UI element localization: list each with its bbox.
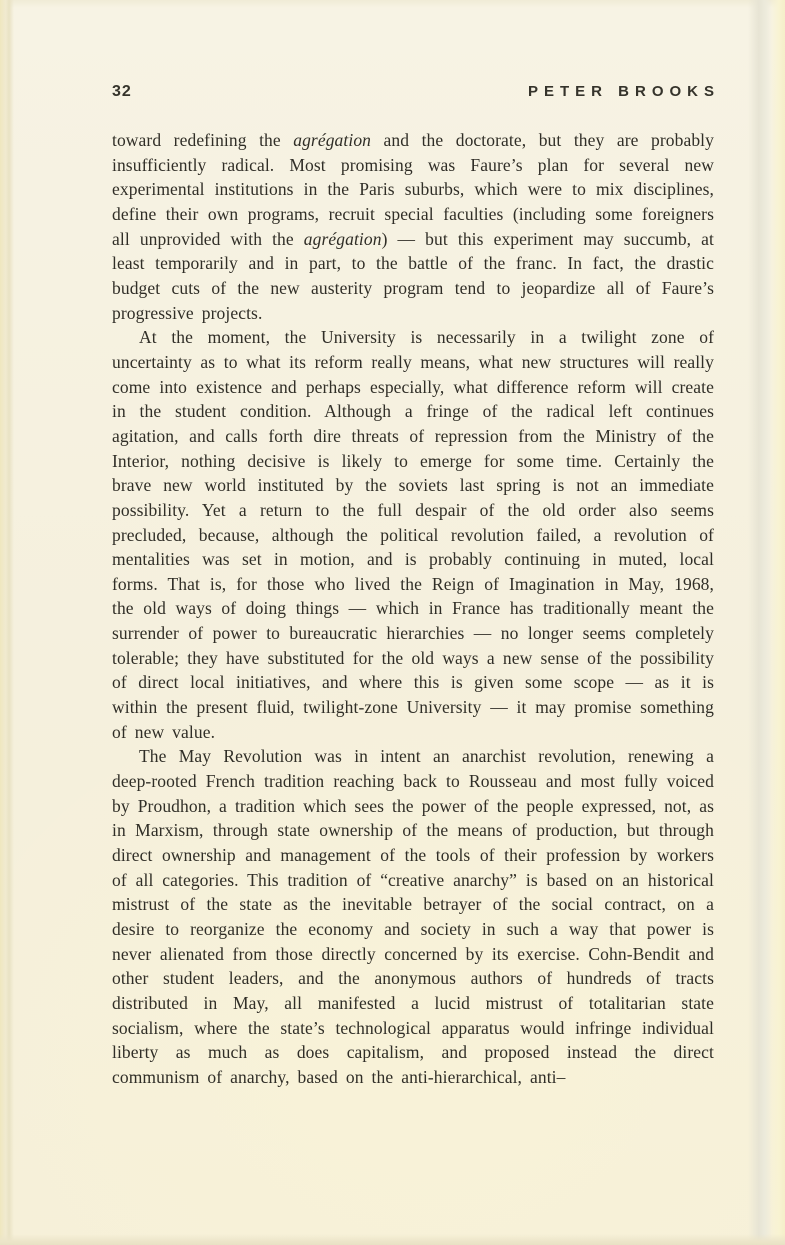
text-segment: toward redefining the [112, 130, 293, 150]
running-head-author: PETER BROOKS [528, 83, 720, 100]
text-segment: The May Revolution was in intent an anar… [112, 746, 714, 1087]
scan-top-edge [0, 0, 785, 8]
text-segment: At the moment, the University is necessa… [112, 327, 714, 742]
paragraph: The May Revolution was in intent an anar… [112, 744, 714, 1089]
paragraph: toward redefining the agrégation and the… [112, 128, 714, 325]
scan-bottom-edge [0, 1234, 785, 1245]
scan-left-edge [0, 0, 14, 1245]
book-page: 32 PETER BROOKS toward redefining the ag… [0, 0, 785, 1245]
scan-right-edge-shadow [748, 0, 772, 1245]
italic-term: agrégation [293, 130, 371, 150]
body-text-block: toward redefining the agrégation and the… [112, 128, 714, 1090]
scan-right-edge [770, 0, 785, 1245]
paragraph: At the moment, the University is necessa… [112, 325, 714, 744]
italic-term: agrégation [304, 229, 382, 249]
page-number: 32 [112, 83, 132, 101]
page-header: 32 PETER BROOKS [112, 83, 714, 101]
